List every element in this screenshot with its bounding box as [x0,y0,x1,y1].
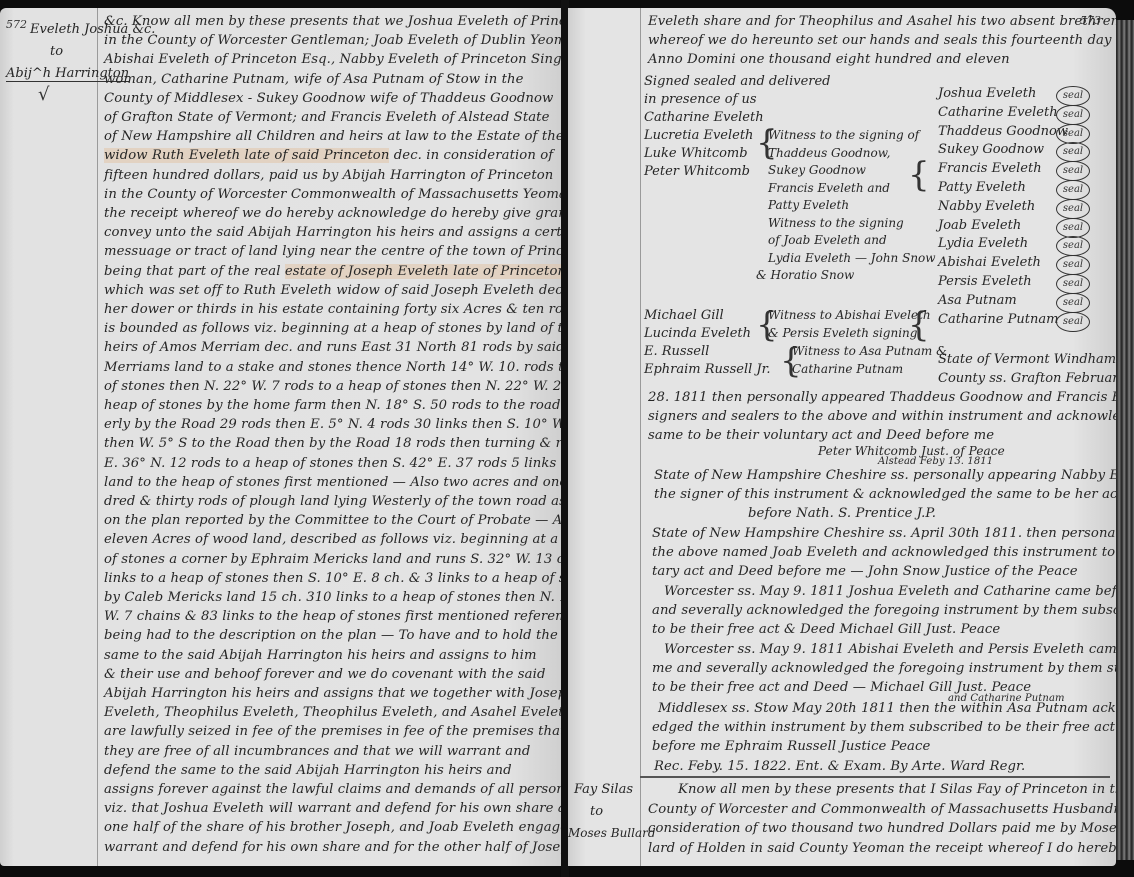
deed-line: assigns forever against the lawful claim… [104,782,562,797]
ack-line: same to be their voluntary act and Deed … [648,428,994,443]
deed-line: being had to the description on the plan… [104,628,558,643]
deed-line: Abijah Harrington his heirs and assigns … [104,686,562,701]
witness-name: Luke Whitcomb [644,146,748,161]
margin-to: to [590,804,603,819]
deed-line: land to the heap of stones first mention… [104,475,562,490]
seal-icon: seal [1056,199,1090,219]
deed-line: defend the same to the said Abijah Harri… [104,763,512,778]
deed-line: County of Middlesex - Sukey Goodnow wife… [104,91,553,106]
signer-name: Catharine Putnam [938,312,1058,327]
deed-line: Eveleth, Theophilus Eveleth, Theophilus … [104,705,562,720]
signer-name: Thaddeus Goodnow [938,124,1068,139]
deed-line: in the County of Worcester Commonwealth … [104,187,562,202]
page-edges [1116,20,1134,860]
signer-name: Sukey Goodnow [938,142,1044,157]
left-page: 572 Eveleth Joshua &c. to Abij^h Harring… [0,8,562,866]
margin-grantee: Moses Bullard [568,826,656,840]
margin-grantor: Fay Silas [574,782,633,797]
deed-line: viz. that Joshua Eveleth will warrant an… [104,801,562,816]
ack-line: 28. 1811 then personally appeared Thadde… [648,390,1116,405]
seal-icon: seal [1056,293,1090,313]
highlighted-text: estate of Joseph Eveleth late of Princet… [285,264,562,279]
seal-icon: seal [1056,218,1090,238]
margin-to: to [50,44,63,59]
ack-line: before Nath. S. Prentice J.P. [748,506,936,521]
ack-line: Worcester ss. May 9. 1811 Joshua Eveleth… [664,584,1116,599]
witness-note: & Horatio Snow [756,268,854,282]
deed-line: E. 36° N. 12 rods to a heap of stones th… [104,456,562,471]
deed-line: same to the said Abijah Harrington his h… [104,648,537,663]
deed-line: W. 7 chains & 83 links to the heap of st… [104,609,562,624]
ack-line: the signer of this instrument & acknowle… [654,487,1116,502]
witness-name: E. Russell [644,344,709,359]
deed-line: the receipt whereof we do hereby acknowl… [104,206,562,221]
deed-line: woman, Catharine Putnam, wife of Asa Put… [104,72,524,87]
witness-name: Lucretia Eveleth [644,128,753,143]
witness-note: Lydia Eveleth — John Snow [768,251,936,265]
witness-name: Catharine Eveleth [644,110,764,125]
brace-mark: { [756,308,778,342]
deed-line: by Caleb Mericks land 15 ch. 310 links t… [104,590,562,605]
seal-icon: seal [1056,255,1090,275]
witness-name: Michael Gill [644,308,724,323]
deed-line: of New Hampshire all Children and heirs … [104,129,562,144]
deed-line: on the plan reported by the Committee to… [104,513,562,528]
seal-icon: seal [1056,105,1090,125]
ack-heading: County ss. Grafton February [938,371,1116,386]
deed-line: Merriams land to a stake and stones then… [104,360,562,375]
testimonium-line: whereof we do hereunto set our hands and… [648,33,1116,48]
deed-line: Abishai Eveleth of Princeton Esq., Nabby… [104,52,562,67]
signer-name: Joshua Eveleth [938,86,1036,101]
signer-name: Lydia Eveleth [938,236,1028,251]
deed-line: one half of the share of his brother Jos… [104,820,562,835]
ack-line: Worcester ss. May 9. 1811 Abishai Evelet… [664,642,1116,657]
testimonium-line: Eveleth share and for Theophilus and Asa… [648,14,1116,29]
deed-line: are lawfully seized in fee of the premis… [104,724,562,739]
signer-name: Nabby Eveleth [938,199,1035,214]
deed-line: & their use and behoof forever and we do… [104,667,546,682]
signer-name: Francis Eveleth [938,161,1042,176]
highlighted-text: widow Ruth Eveleth late of said Princeto… [104,148,389,163]
ack-line: Rec. Feby. 15. 1822. Ent. & Exam. By Art… [654,759,1025,774]
deed-line: fifteen hundred dollars, paid us by Abij… [104,168,553,183]
witness-note: Witness to Abishai Eveleth [768,308,931,322]
deed-line: is bounded as follows viz. beginning at … [104,321,562,336]
witness-note: Witness to Asa Putnam & [792,344,947,358]
witness-name: Lucinda Eveleth [644,326,751,341]
witness-heading: in presence of us [644,92,757,107]
deed-line: which was set off to Ruth Eveleth widow … [104,283,562,298]
witness-note: Sukey Goodnow [768,163,866,177]
deed-divider [640,776,1110,778]
deed-line: County of Worcester and Commonwealth of … [648,802,1116,817]
deed-line: of Grafton State of Vermont; and Francis… [104,110,550,125]
seal-icon: seal [1056,142,1090,162]
signer-name: Catharine Eveleth [938,105,1058,120]
deed-line: erly by the Road 29 rods then E. 5° N. 4… [104,417,562,432]
signer-name: Asa Putnam [938,293,1017,308]
deed-line: in the County of Worcester Gentleman; Jo… [104,33,562,48]
ack-line: signers and sealers to the above and wit… [648,409,1116,424]
deed-line: warrant and defend for his own share and… [104,840,562,855]
signer-name: Persis Eveleth [938,274,1032,289]
deed-line: of stones then N. 22° W. 7 rods to a hea… [104,379,562,394]
witness-note: & Persis Eveleth signing [768,326,917,340]
ack-line: Middlesex ss. Stow May 20th 1811 then th… [658,701,1116,716]
deed-line: &c. Know all men by these presents that … [104,14,562,29]
deed-line: heirs of Amos Merriam dec. and runs East… [104,340,562,355]
witness-heading: Signed sealed and delivered [644,74,831,89]
deed-line: messuage or tract of land lying near the… [104,244,562,259]
page-number: 572 [6,18,27,31]
seal-icon: seal [1056,180,1090,200]
signer-name: Abishai Eveleth [938,255,1041,270]
signer-name: Joab Eveleth [938,218,1021,233]
seal-icon: seal [1056,161,1090,181]
deed-line: eleven Acres of wood land, described as … [104,532,562,547]
witness-note: Witness to the signing [768,216,904,230]
deed-line: consideration of two thousand two hundre… [648,821,1116,836]
right-page: 573 Eveleth share and for Theophilus and… [568,8,1116,866]
seal-icon: seal [1056,236,1090,256]
ack-line: edged the within instrument by them subs… [652,720,1116,735]
deed-line: being that part of the real estate of Jo… [104,264,562,279]
deed-line: lard of Holden in said County Yeoman the… [648,841,1116,856]
deed-line: convey unto the said Abijah Harrington h… [104,225,562,240]
witness-note: Patty Eveleth [768,198,849,212]
brace-mark: { [780,344,802,378]
brace-mark: { [756,126,778,160]
ack-line: Alstead Feby 13. 1811 [878,456,993,467]
seal-icon: seal [1056,124,1090,144]
deed-line: they are free of all incumbrances and th… [104,744,530,759]
deed-line: dred & thirty rods of plough land lying … [104,494,562,509]
witness-note: Witness to the signing of [768,128,919,142]
witness-note: of Joab Eveleth and [768,233,887,247]
ack-line: me and severally acknowledged the forego… [652,661,1116,676]
witness-name: Ephraim Russell Jr. [644,362,771,377]
witness-note: Catharine Putnam [792,362,903,376]
ack-heading: State of Vermont Windham [938,352,1116,367]
brace-mark: { [908,158,930,192]
ack-line: and severally acknowledged the foregoing… [652,603,1116,618]
seal-icon: seal [1056,274,1090,294]
margin-rule [640,8,641,866]
brace-mark: { [908,308,930,342]
ack-line: before me Ephraim Russell Justice Peace [652,739,930,754]
witness-note: Thaddeus Goodnow, [768,146,890,160]
seal-icon: seal [1056,86,1090,106]
deed-line: of stones a corner by Ephraim Mericks la… [104,552,562,567]
deed-line: heap of stones by the home farm then N. … [104,398,562,413]
deed-line: then W. 5° S to the Road then by the Roa… [104,436,562,451]
ack-line: State of New Hampshire Cheshire ss. pers… [654,468,1116,483]
deed-line: widow Ruth Eveleth late of said Princeto… [104,148,553,163]
witness-note: Francis Eveleth and [768,181,890,195]
ack-line: the above named Joab Eveleth and acknowl… [652,545,1116,560]
ack-line: State of New Hampshire Cheshire ss. Apri… [652,526,1116,541]
seal-icon: seal [1056,312,1090,332]
deed-line: Know all men by these presents that I Si… [678,782,1116,797]
ack-line: tary act and Deed before me — John Snow … [652,564,1078,579]
testimonium-line: Anno Domini one thousand eight hundred a… [648,52,1010,67]
deed-line: links to a heap of stones then S. 10° E.… [104,571,562,586]
margin-rule [97,8,98,866]
signer-name: Patty Eveleth [938,180,1026,195]
ack-line: to be their free act & Deed Michael Gill… [652,622,1000,637]
witness-name: Peter Whitcomb [644,164,750,179]
deed-line: her dower or thirds in his estate contai… [104,302,562,317]
check-mark-icon: √ [38,84,49,105]
